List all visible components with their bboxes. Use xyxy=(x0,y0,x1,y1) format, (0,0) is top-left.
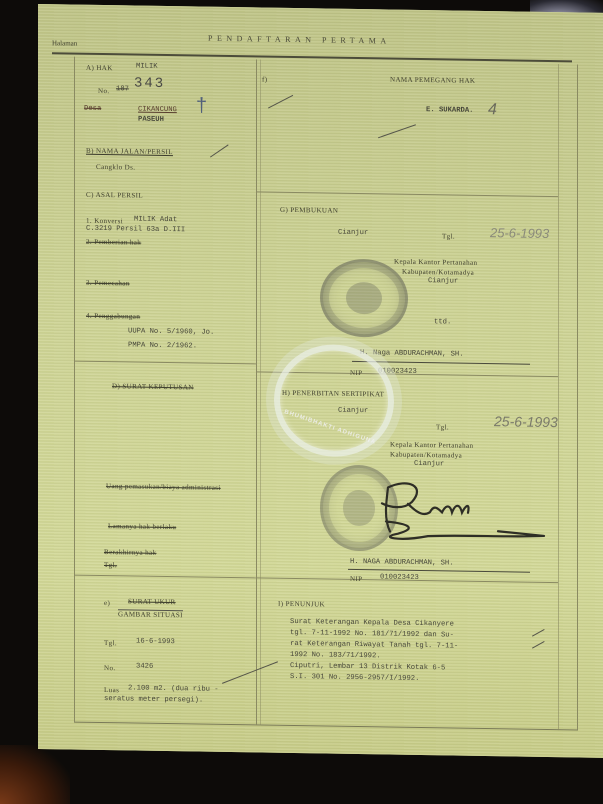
section-e-label: e) xyxy=(104,599,110,607)
tgl-label-d: Tgl. xyxy=(104,561,117,569)
nama-jalan-label: b) NAMA JALAN/PERSIL xyxy=(86,147,173,156)
desa-label: Desa xyxy=(84,104,101,115)
no-struck-value: 187 xyxy=(116,84,129,95)
holder-name: E. SUKARDA. xyxy=(426,105,473,117)
asal-persil-label: c) ASAL PERSIL xyxy=(86,191,143,200)
surat-keputusan-label: d) SURAT KEPUTUSAN xyxy=(112,382,194,391)
desa-value: PASEUH xyxy=(138,115,164,126)
column-divider xyxy=(256,59,257,725)
gambar-situasi-label: GAMBAR SITUASI xyxy=(118,609,183,619)
penunjuk-label: i) PENUNJUK xyxy=(278,600,325,609)
penerbitan-official-3: Cianjur xyxy=(414,459,444,470)
penunjuk-line-6: S.I. 301 No. 2956-2957/I/1992. xyxy=(290,672,419,685)
luas-label: Luas xyxy=(104,686,119,694)
gs-no-value: 3426 xyxy=(136,662,153,673)
nama-jalan-value: Cangklo Ds. xyxy=(96,163,135,172)
pembukuan-name: H. Naga ABDURACHMAN, SH. xyxy=(360,348,464,361)
pembukuan-official-3: Cianjur xyxy=(428,276,458,287)
gs-tgl-value: 16-6-1993 xyxy=(136,637,175,649)
penerbitan-official-1: Kepala Kantor Pertanahan xyxy=(390,441,473,450)
section-f-label: f) xyxy=(262,76,267,84)
penerbitan-nip-value: 010023423 xyxy=(380,572,419,584)
hand-mark-f: 4 xyxy=(488,101,497,119)
lamanya-hak-label: Lamanya hak berlaku xyxy=(108,522,176,531)
pembukuan-city: Cianjur xyxy=(338,228,368,239)
no-label: No. xyxy=(98,87,110,95)
penerbitan-name: H. NAGA ABDURACHMAN, SH. xyxy=(350,557,454,570)
pembukuan-date: 25-6-1993 xyxy=(490,225,549,241)
pembukuan-ttd: ttd. xyxy=(434,317,451,328)
page-title: PENDAFTARAN PERTAMA xyxy=(208,34,391,46)
right-inner-border xyxy=(558,64,559,730)
pemecahan-label: 3. Pemecahan xyxy=(86,279,130,288)
luas-value-2: seratus meter persegi). xyxy=(104,694,203,707)
penerbitan-tgl-label: Tgl. xyxy=(436,423,449,431)
gs-no-label: No. xyxy=(104,664,116,672)
pemberian-hak-label: 2. Pemberian hak xyxy=(86,238,141,247)
penggabungan-label: 4. Penggabungan xyxy=(86,312,140,321)
penerbitan-date: 25-6-1993 xyxy=(494,413,558,430)
konversi-line2: C.3219 Persil 63a D.III xyxy=(86,224,185,237)
nama-pemegang-hak-title: NAMA PEMEGANG HAK xyxy=(390,76,475,85)
gs-tgl-label: Tgl. xyxy=(104,639,117,647)
penerbitan-nip-label: NIP xyxy=(350,575,362,583)
penerbitan-label: h) PENERBITAN SERTIPIKAT xyxy=(282,389,384,399)
pembukuan-tgl-label: Tgl. xyxy=(442,232,455,240)
official-stamp xyxy=(320,258,408,337)
surat-ukur-label: SURAT UKUR xyxy=(128,597,176,606)
hak-number: 343 xyxy=(134,79,165,90)
pembukuan-label: g) PEMBUKUAN xyxy=(280,206,338,215)
hak-label: a) HAK xyxy=(86,64,113,72)
hak-value: MILIK xyxy=(136,62,158,73)
berakhirnya-hak-label: Berakhirnya hak xyxy=(104,548,156,557)
basis-line-2: PMPA No. 2/1962. xyxy=(128,340,197,352)
penerbitan-city: Cianjur xyxy=(338,406,368,417)
pembukuan-official-1: Kepala Kantor Pertanahan xyxy=(394,258,477,267)
background-object xyxy=(0,745,70,804)
halaman-label: Halaman xyxy=(52,39,77,47)
land-certificate-page: PENDAFTARAN PERTAMA Halaman a) HAK MILIK… xyxy=(38,4,603,758)
basis-line-1: UUPA No. 5/1960, Jo. xyxy=(128,326,214,338)
hand-mark-a: † xyxy=(196,94,207,117)
column-divider-inner xyxy=(260,59,261,725)
